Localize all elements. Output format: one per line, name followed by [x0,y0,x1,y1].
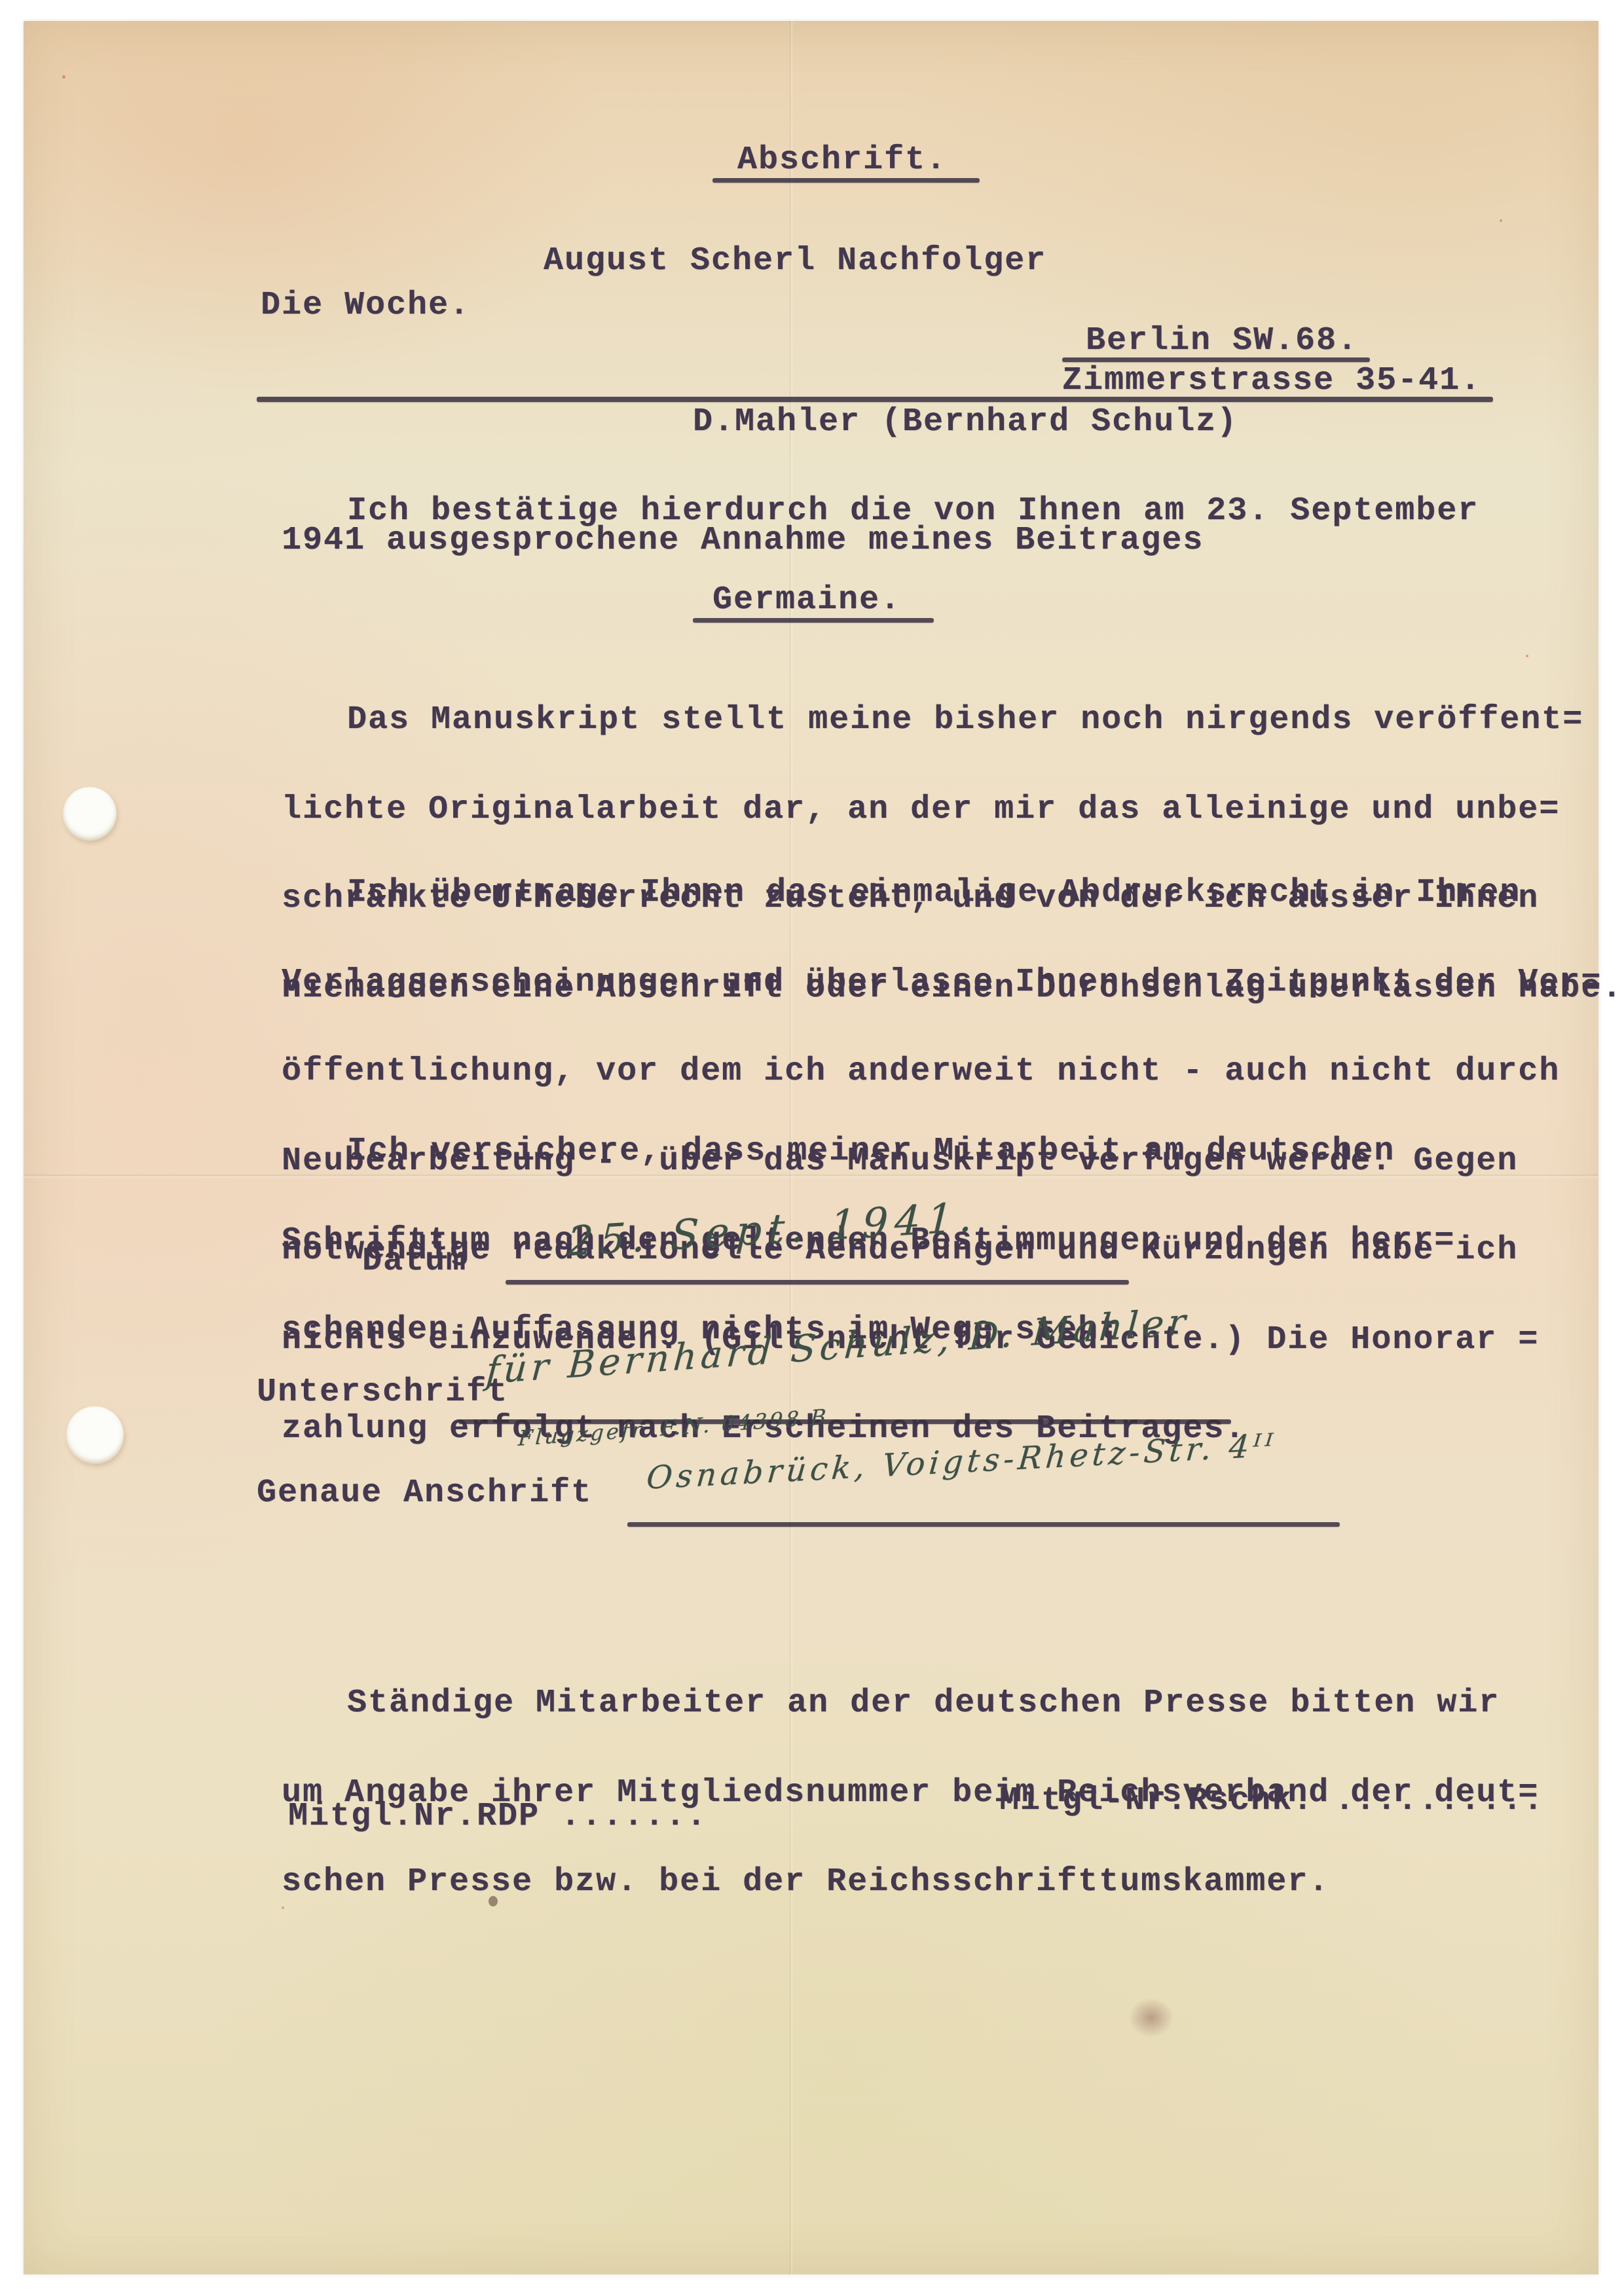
city-underline [1062,357,1370,362]
punch-hole-bottom [66,1406,124,1464]
date-label: Datum [362,1243,467,1280]
paragraph-line: Ständige Mitarbeiter an der deutschen Pr… [282,1688,1539,1719]
paper-speck [1500,219,1502,222]
letterhead-company: August Scherl Nachfolger [544,242,1046,280]
date-line [506,1280,1129,1285]
signature-label: Unterschrift [257,1374,508,1411]
paragraph-line: schen Presse bzw. bei der Reichsschriftt… [282,1867,1539,1897]
scanned-letter-canvas: Abschrift. August Scherl Nachfolger Die … [0,0,1624,2296]
address-line [627,1522,1340,1527]
title-underline [712,178,980,183]
paragraph-line: Verlagserscheinungen und überlasse Ihnen… [282,968,1602,998]
paragraph-line: Das Manuskript stellt meine bisher noch … [282,705,1623,735]
letterhead-rule [257,397,1493,402]
address-label: Genaue Anschrift [257,1474,592,1512]
subject-title: Germaine. [712,581,901,619]
letterhead-city: Berlin SW.68. [1086,322,1358,359]
punch-hole-top [63,787,117,841]
membership-rdp-field: Mitgl.Nr.RDP ....... [288,1798,707,1835]
paragraph-line: zahlung erfolgt nach Erscheinen des Beit… [282,1414,1602,1444]
paragraph-line: Ich übertrage Ihnen das einmalige Abdruc… [282,878,1602,908]
document-title: Abschrift. [737,141,947,179]
letterhead-publication: Die Woche. [261,287,470,324]
subject-underline [693,618,934,623]
membership-rschk-field: Mitgl-Nr.Rschk. .......... [999,1782,1544,1819]
intro-line-2: 1941 ausgesprochene Annahme meines Beitr… [282,522,1204,559]
paper-stain [1120,1990,1183,2045]
paragraph-line: Ich versichere, dass meiner Mitarbeit am… [282,1137,1455,1167]
letterhead-signer: D.Mahler (Bernhard Schulz) [693,403,1238,441]
letterhead-street: Zimmerstrasse 35-41. [1062,362,1481,399]
paper-speck [62,75,65,79]
